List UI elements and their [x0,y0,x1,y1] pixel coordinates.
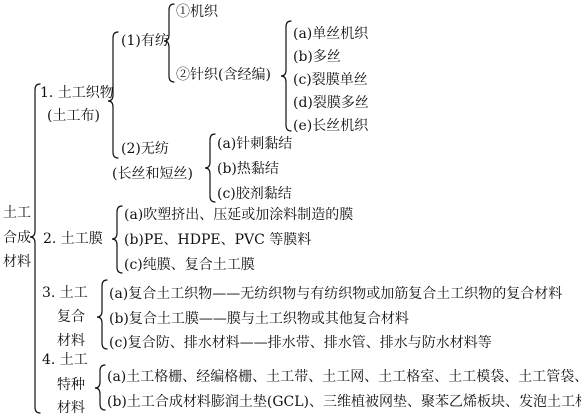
item4-brace [95,365,105,410]
item2-type-a: (a)吹塑挤出、压延或加涂料制造的膜 [124,207,353,223]
nonwoven-type-b: (b)热黏结 [217,161,279,177]
item2-brace [112,206,122,273]
knit-type-a: (a)单丝机织 [293,26,368,42]
root-label-line3: 材料 [3,254,31,270]
item1-title: 1. 土工织物 [40,85,114,101]
item3-title-line3: 材料 [57,333,85,349]
nonwoven-brace [205,134,215,202]
knit-brace [281,21,291,131]
item2-type-c: (c)纯膜、复合土工膜 [124,257,255,273]
root-brace [30,84,40,413]
nonwoven-type-a: (a)针刺黏结 [217,136,292,152]
knit-type-d: (d)裂膜多丝 [293,95,369,111]
item4-title-line1: 4. 土工 [42,352,88,368]
woven-label: (1)有纺 [121,33,169,49]
item4-title-line3: 材料 [57,400,85,414]
knit-type-c: (c)裂膜单丝 [293,72,368,88]
item3-type-a: (a)复合土工织物——无纺织物与有纺织物或加筋复合土工织物的复合材料 [109,286,562,302]
item4-type-a: (a)土工格栅、经编格栅、土工带、土工网、土工格室、土工模袋、土工管袋、土工包等 [107,369,581,385]
item3-title-line1: 3. 土工 [42,285,88,301]
knit-type-e: (e)长丝机织 [293,118,368,134]
nonwoven-label: (2)无纺 [121,141,169,157]
item3-title-line2: 复合 [57,309,85,325]
item2-title: 2. 土工膜 [43,231,103,247]
item3-type-c: (c)复合防、排水材料——排水带、排水管、排水与防水材料等 [109,335,492,351]
nonwoven-sublabel: (长丝和短丝) [112,166,193,182]
item4-title-line2: 特种 [57,377,85,393]
knit-type-b: (b)多丝 [293,49,341,65]
item4-type-b: (b)土工合成材料膨润土垫(GCL)、三维植被网垫、聚苯乙烯板块、发泡土工材料等 [107,394,581,410]
root-label-line1: 土工 [3,205,31,221]
classification-diagram: 土工 合成 材料 1. 土工织物 (土工布) (1)有纺 ①机织 ②针织(含经编… [0,0,581,414]
machine-woven-label: ①机织 [176,4,218,20]
knit-label: ②针织(含经编) [176,67,271,83]
item3-type-b: (b)复合土工膜——膜与土工织物或其他复合材料 [109,311,409,327]
item3-brace [97,280,107,349]
root-label-line2: 合成 [3,230,31,246]
nonwoven-type-c: (c)胶剂黏结 [217,186,292,202]
item2-type-b: (b)PE、HDPE、PVC 等膜料 [124,232,311,248]
item1-subtitle: (土工布) [47,108,100,124]
